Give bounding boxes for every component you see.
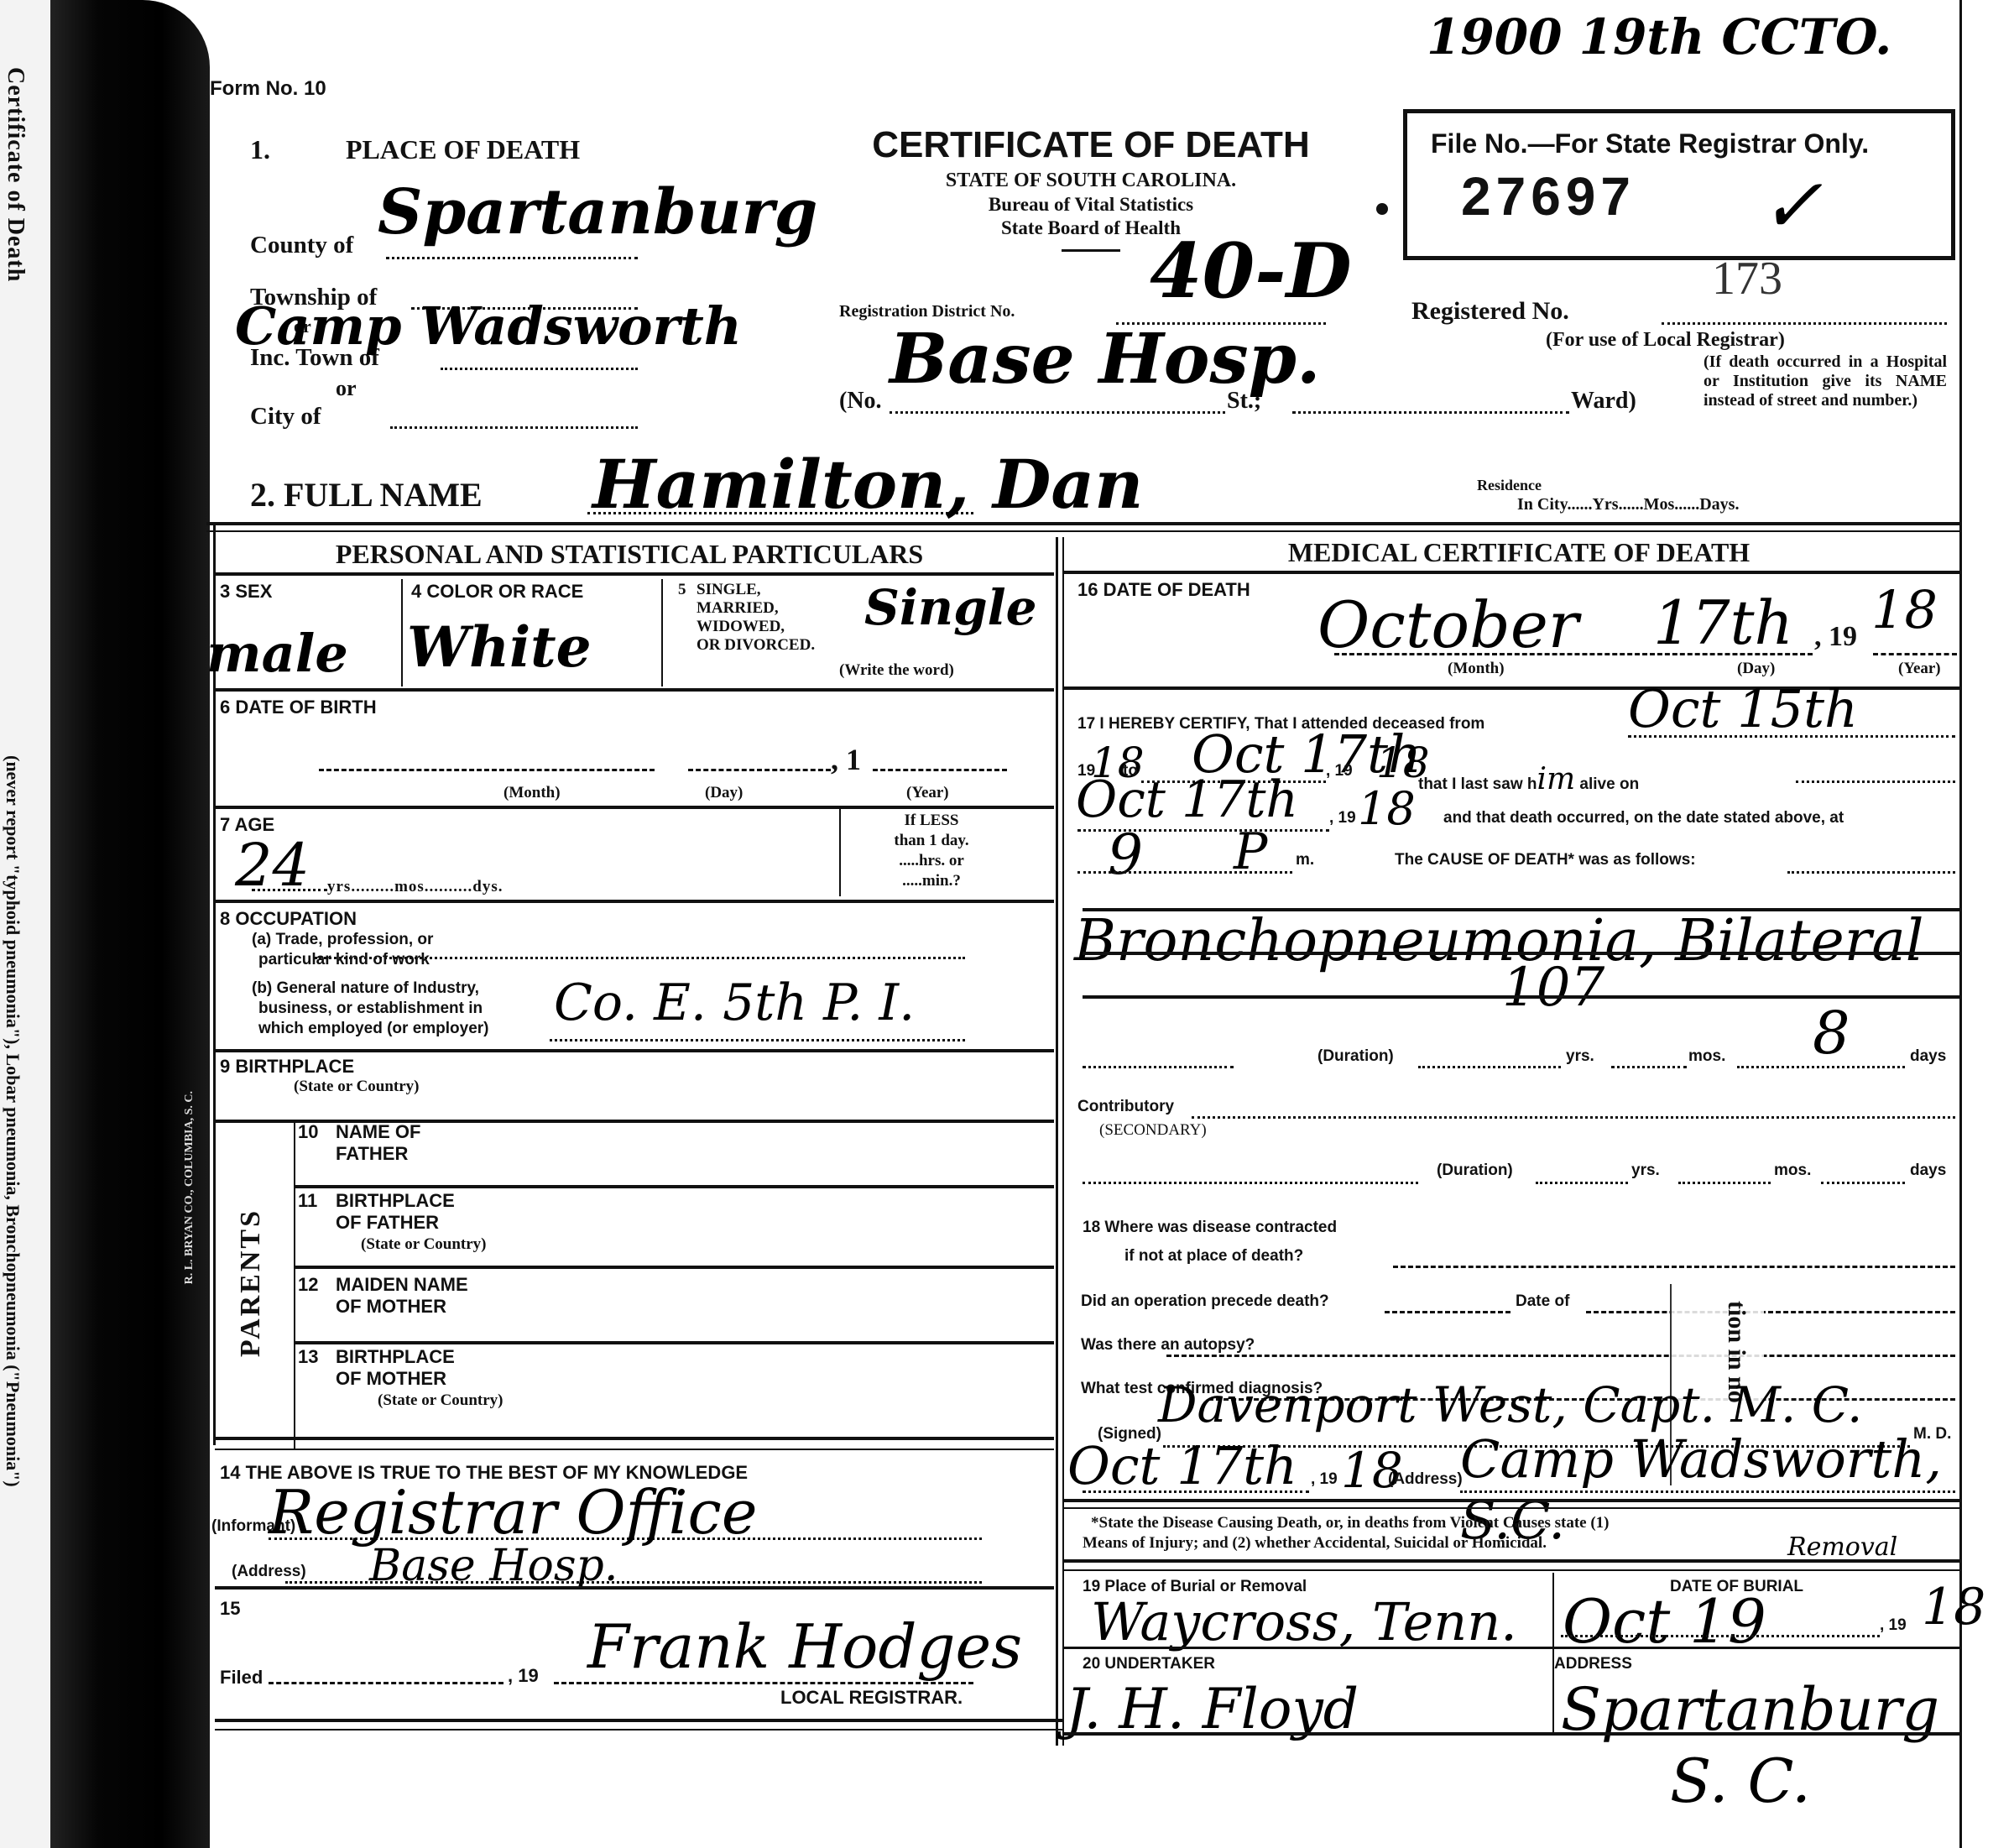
registered-number-field[interactable] [1662, 322, 1947, 325]
registration-district-value: 40-D [1150, 227, 1352, 316]
age-units-text: yrs.........mos..........dys. [327, 878, 503, 895]
local-registrar-signature-field[interactable] [554, 1682, 973, 1684]
full-name-value: Hamilton, Dan [592, 445, 1143, 524]
less-than-4: .....min.? [848, 871, 1015, 891]
registered-number-value: 173 [1712, 252, 1782, 305]
row-rule-6 [215, 1049, 1054, 1052]
duration-yrs-field[interactable] [1418, 1066, 1561, 1068]
burial-place-value: Waycross, Tenn. [1091, 1591, 1517, 1652]
less-than-3: .....hrs. or [848, 851, 1015, 871]
informant-address-label: (Address) [232, 1563, 306, 1581]
last-saw-pronoun: im [1537, 762, 1575, 796]
mother-birthplace-line1: BIRTHPLACE [336, 1346, 455, 1368]
disease-contracted-line2: if not at place of death? [1124, 1247, 1303, 1266]
disease-contracted-line1: 18 Where was disease contracted [1083, 1219, 1337, 1237]
secondary-yrs-field[interactable] [1536, 1182, 1628, 1184]
contributory-field[interactable] [1192, 1116, 1955, 1119]
medical-rule-undertaker [1064, 1647, 1960, 1649]
dob-day-field[interactable] [688, 769, 831, 771]
street-number-label: (No. [839, 388, 882, 415]
signed-date-field[interactable] [1083, 1490, 1309, 1493]
header-rule [1062, 249, 1120, 252]
row-rule-9 [295, 1266, 1054, 1269]
dob-year-field[interactable] [873, 769, 1007, 771]
less-than-day: If LESS than 1 day. .....hrs. or .....mi… [848, 811, 1015, 891]
death-date-field[interactable] [1334, 653, 1813, 655]
last-saw-label: that I last saw him alive on [1418, 762, 1639, 796]
cause-header-field[interactable] [1787, 871, 1955, 874]
dob-year-caption: (Year) [906, 784, 949, 802]
inc-town-field[interactable] [441, 368, 638, 370]
signed-address-value: Camp Wadsworth, S.C. [1460, 1428, 2014, 1551]
burial-year-prefix: , 19 [1880, 1616, 1907, 1635]
certificate-title: CERTIFICATE OF DEATH [839, 124, 1343, 166]
street-label: St.; [1227, 388, 1261, 415]
bottom-rule [215, 1719, 1062, 1722]
printer-imprint: R. L. BRYAN CO., COLUMBIA, S. C. [183, 1091, 196, 1284]
race-divider [661, 579, 663, 686]
birthplace-hint: (State or Country) [294, 1078, 420, 1096]
cause-line-2 [1083, 952, 1960, 955]
sex-value: male [206, 623, 348, 684]
autopsy-field[interactable] [1166, 1355, 1955, 1357]
race-value: White [407, 614, 592, 680]
marital-number: 5 [678, 581, 686, 599]
mother-birthplace-number: 13 [298, 1346, 318, 1368]
medical-rule-footnote-2 [1064, 1507, 1960, 1509]
date-of-death-label: 16 DATE OF DEATH [1077, 579, 1250, 601]
dob-month-caption: (Month) [503, 784, 561, 802]
father-birthplace-label: BIRTHPLACE OF FATHER [336, 1190, 455, 1234]
parents-divider [294, 1121, 295, 1449]
mother-birthplace-line2: OF MOTHER [336, 1368, 455, 1390]
footnote-line1: *State the Disease Causing Death, or, in… [1091, 1514, 1609, 1532]
column-divider [1056, 537, 1058, 1746]
undertaker-label: 20 UNDERTAKER [1083, 1655, 1215, 1673]
operation-date-field[interactable] [1586, 1311, 1955, 1313]
duration-mos-label: mos. [1688, 1047, 1725, 1066]
death-time-m: m. [1296, 851, 1314, 869]
sex-label: 3 SEX [220, 581, 272, 603]
registered-number-label: Registered No. [1411, 297, 1569, 326]
occupation-value: Co. E. 5th P. I. [554, 974, 915, 1032]
race-label: 4 COLOR OR RACE [411, 581, 583, 603]
father-name-line2: FATHER [336, 1143, 420, 1165]
last-alive-field[interactable] [1796, 780, 1955, 783]
filed-date-field[interactable] [269, 1682, 503, 1684]
duration-label: (Duration) [1317, 1047, 1394, 1066]
occupation-b: (b) General nature of Industry, business… [252, 979, 489, 1039]
column-divider-2 [1062, 537, 1064, 1746]
death-year-value: 18 [1871, 579, 1938, 640]
row-rule-3 [215, 688, 1054, 692]
local-registrar-caption: LOCAL REGISTRAR. [780, 1687, 963, 1709]
father-name-number: 10 [298, 1121, 318, 1143]
hospital-note: (If death occurred in a Hospital or Inst… [1704, 352, 1947, 410]
death-occurred-label: and that death occurred, on the date sta… [1443, 809, 1844, 827]
parents-label: PARENTS [235, 1209, 267, 1357]
cause-of-death-value: Bronchopneumonia, Bilateral [1074, 908, 1924, 974]
less-than-1: If LESS [848, 811, 1015, 831]
secondary-days-field[interactable] [1821, 1182, 1905, 1184]
frame-top-rule-2 [206, 530, 1960, 532]
father-name-line1: NAME OF [336, 1121, 420, 1143]
occupation-b-line2: business, or establishment in [252, 999, 489, 1019]
occupation-b-field[interactable] [550, 1039, 965, 1041]
occupation-label: 8 OCCUPATION [220, 908, 357, 930]
city-or: or [336, 376, 357, 401]
operation-date-label: Date of [1516, 1292, 1569, 1311]
duration-mos-field[interactable] [1611, 1066, 1687, 1068]
place-of-death-label: PLACE OF DEATH [346, 134, 580, 165]
duration-yrs-label: yrs. [1566, 1047, 1594, 1066]
bureau-name: Bureau of Vital Statistics [839, 194, 1343, 216]
death-hour: 9 [1108, 822, 1143, 887]
binding-dark-band [50, 0, 210, 1848]
age-units: yrs.........mos..........dys. [252, 878, 503, 896]
contributory-label: Contributory [1077, 1098, 1174, 1116]
row-rule-4 [215, 806, 1054, 809]
operation-field[interactable] [1385, 1311, 1510, 1313]
frame-top-rule [206, 522, 1960, 525]
dob-year-prefix: , 1 [831, 742, 861, 777]
duration-days-value: 8 [1813, 999, 1850, 1068]
file-number-box: File No.—For State Registrar Only. 27697… [1403, 109, 1955, 260]
informant-address-value: Base Hosp. [369, 1541, 618, 1591]
file-number: 27697 [1461, 165, 1636, 227]
death-day-value: 17th [1653, 587, 1793, 658]
less-than-2: than 1 day. [848, 831, 1015, 851]
medical-heading: MEDICAL CERTIFICATE OF DEATH [1083, 537, 1955, 568]
personal-heading: PERSONAL AND STATISTICAL PARTICULARS [252, 539, 1007, 570]
street-field[interactable] [890, 411, 1225, 414]
mother-name-number: 12 [298, 1274, 318, 1296]
father-birthplace-hint: (State or Country) [361, 1235, 487, 1254]
death-year-field[interactable] [1873, 653, 1957, 655]
residence-label: Residence [1477, 477, 1542, 494]
city-field[interactable] [390, 426, 638, 429]
sex-divider [401, 579, 403, 686]
death-time-field[interactable] [1077, 871, 1292, 874]
attended-year2-prefix: , 19 [1326, 762, 1353, 780]
personal-heading-rule [215, 572, 1054, 576]
occupation-a: (a) Trade, profession, or particular kin… [252, 930, 433, 970]
medical-heading-rule [1064, 571, 1960, 574]
death-month-caption: (Month) [1448, 660, 1505, 678]
file-box-label: File No.—For State Registrar Only. [1431, 128, 1869, 159]
mother-birthplace-hint: (State or Country) [378, 1391, 503, 1410]
check-mark-icon: ✓ [1760, 162, 1823, 250]
filed-year-prefix: , 19 [508, 1665, 539, 1687]
signed-value: Davenport West, Capt. M. C. [1158, 1376, 1862, 1433]
secondary-mos-label: mos. [1774, 1162, 1811, 1180]
local-registrar-note: (For use of Local Registrar) [1546, 329, 1785, 352]
occupation-a-line2: particular kind of work [252, 950, 433, 970]
disease-contracted-field[interactable] [1393, 1266, 1955, 1268]
medical-bottom-rule [1064, 1732, 1960, 1736]
father-birthplace-number: 11 [298, 1190, 317, 1212]
row-rule-12 [215, 1586, 1054, 1590]
death-month-value: October [1317, 587, 1578, 662]
last-alive-date: Oct 17th [1076, 770, 1298, 829]
signed-year-prefix: , 19 [1311, 1470, 1338, 1489]
alive-on-text: alive on [1579, 775, 1639, 793]
bottom-rule-2 [215, 1729, 1062, 1731]
ward-label: Ward) [1571, 388, 1636, 415]
occupation-b-line3: which employed (or employer) [252, 1019, 489, 1039]
marital-married: MARRIED, [697, 599, 815, 618]
birthplace-label: 9 BIRTHPLACE [220, 1056, 354, 1078]
occupation-a-field[interactable] [315, 957, 965, 959]
city-label: City of [250, 403, 321, 431]
residence-fields: In City......Yrs......Mos......Days. [1517, 495, 1739, 514]
informant-value: Registrar Office [269, 1477, 757, 1548]
medical-rule-burial [1064, 1559, 1960, 1563]
last-alive-year: 18 [1358, 782, 1416, 835]
undertaker-state: S. C. [1670, 1746, 1811, 1816]
secondary-days-label: days [1910, 1162, 1946, 1180]
county-field[interactable] [386, 257, 638, 259]
form-number: Form No. 10 [210, 77, 326, 101]
death-year-caption: (Year) [1898, 660, 1941, 678]
row-rule-11b [215, 1449, 1054, 1450]
last-alive-year-prefix: , 19 [1329, 809, 1356, 827]
dob-day-caption: (Day) [705, 784, 743, 802]
local-registrar-signature: Frank Hodges [587, 1611, 1022, 1682]
mother-name-label: MAIDEN NAME OF MOTHER [336, 1274, 468, 1318]
marital-labels: SINGLE, MARRIED, WIDOWED, OR DIVORCED. [697, 581, 815, 655]
death-year-prefix: , 19 [1814, 621, 1857, 653]
age-divider [839, 807, 841, 896]
mother-name-line2: OF MOTHER [336, 1296, 468, 1318]
top-annotation: 1900 19th CCTO. [1427, 8, 1891, 65]
spine-note: (never report "typhoid pneumonia"), Loba… [2, 755, 23, 1487]
secondary-extra-field[interactable] [1083, 1182, 1418, 1184]
state-name: STATE OF SOUTH CAROLINA. [839, 170, 1343, 192]
signed-address-label: (Address) [1388, 1470, 1463, 1489]
county-value: Spartanburg [378, 176, 817, 248]
burial-divider [1552, 1573, 1554, 1732]
death-day-caption: (Day) [1737, 660, 1775, 678]
secondary-duration-label: (Duration) [1437, 1162, 1513, 1180]
father-birthplace-line2: OF FATHER [336, 1212, 455, 1234]
dob-label: 6 DATE OF BIRTH [220, 697, 377, 718]
secondary-label: (SECONDARY) [1099, 1121, 1207, 1140]
autopsy-label: Was there an autopsy? [1081, 1336, 1255, 1355]
secondary-mos-field[interactable] [1678, 1182, 1771, 1184]
attended-from-value: Oct 15th [1628, 678, 1858, 739]
marital-single: SINGLE, [697, 581, 815, 599]
medical-rule-burial-2 [1064, 1569, 1960, 1571]
operation-label: Did an operation precede death? [1081, 1292, 1329, 1311]
burial-date-field[interactable] [1561, 1635, 1880, 1637]
last-saw-text: that I last saw h [1418, 775, 1537, 793]
filed-label: Filed [220, 1667, 263, 1689]
father-birthplace-line1: BIRTHPLACE [336, 1190, 455, 1212]
dob-month-field[interactable] [319, 769, 655, 771]
marital-widowed: WIDOWED, [697, 618, 815, 636]
secondary-yrs-label: yrs. [1631, 1162, 1660, 1180]
row-rule-5 [215, 900, 1054, 903]
county-label: County of [250, 232, 353, 259]
marital-divorced: OR DIVORCED. [697, 636, 815, 655]
marital-hint: (Write the word) [839, 661, 954, 680]
signed-date: Oct 17th [1067, 1435, 1297, 1496]
spine-title: Certificate of Death [2, 67, 29, 282]
row-rule-8 [295, 1185, 1054, 1188]
section-1-number: 1. [250, 134, 270, 165]
item-15-number: 15 [220, 1598, 240, 1620]
ward-field[interactable] [1292, 411, 1569, 414]
duration-days-label: days [1910, 1047, 1946, 1066]
burial-year: 18 [1922, 1578, 1985, 1637]
bullet-dot [1376, 203, 1388, 215]
row-rule-10 [295, 1341, 1054, 1344]
footnote-line2: Means of Injury; and (2) whether Acciden… [1083, 1534, 1547, 1553]
father-name-label: NAME OF FATHER [336, 1121, 420, 1165]
mother-birthplace-label: BIRTHPLACE OF MOTHER [336, 1346, 455, 1390]
full-name-label: 2. FULL NAME [250, 475, 483, 514]
inc-town-value: Camp Wadsworth [235, 295, 742, 357]
cause-code: 107 [1502, 957, 1604, 1019]
marital-value: Single [864, 579, 1037, 636]
removal-scrawl: Removal [1787, 1532, 1897, 1562]
binding-strip: Certificate of Death (never report "typh… [0, 0, 210, 1848]
medical-rule-footnote [1064, 1499, 1960, 1502]
occupation-b-line1: (b) General nature of Industry, [252, 979, 489, 999]
cause-of-death-label: The CAUSE OF DEATH* was as follows: [1395, 851, 1696, 869]
occupation-a-line1: (a) Trade, profession, or [252, 930, 433, 950]
mother-name-line1: MAIDEN NAME [336, 1274, 468, 1296]
undertaker-address-label: ADDRESS [1554, 1655, 1632, 1673]
cause-primary-extra-field[interactable] [1083, 1066, 1234, 1068]
row-rule-11 [215, 1437, 1054, 1440]
